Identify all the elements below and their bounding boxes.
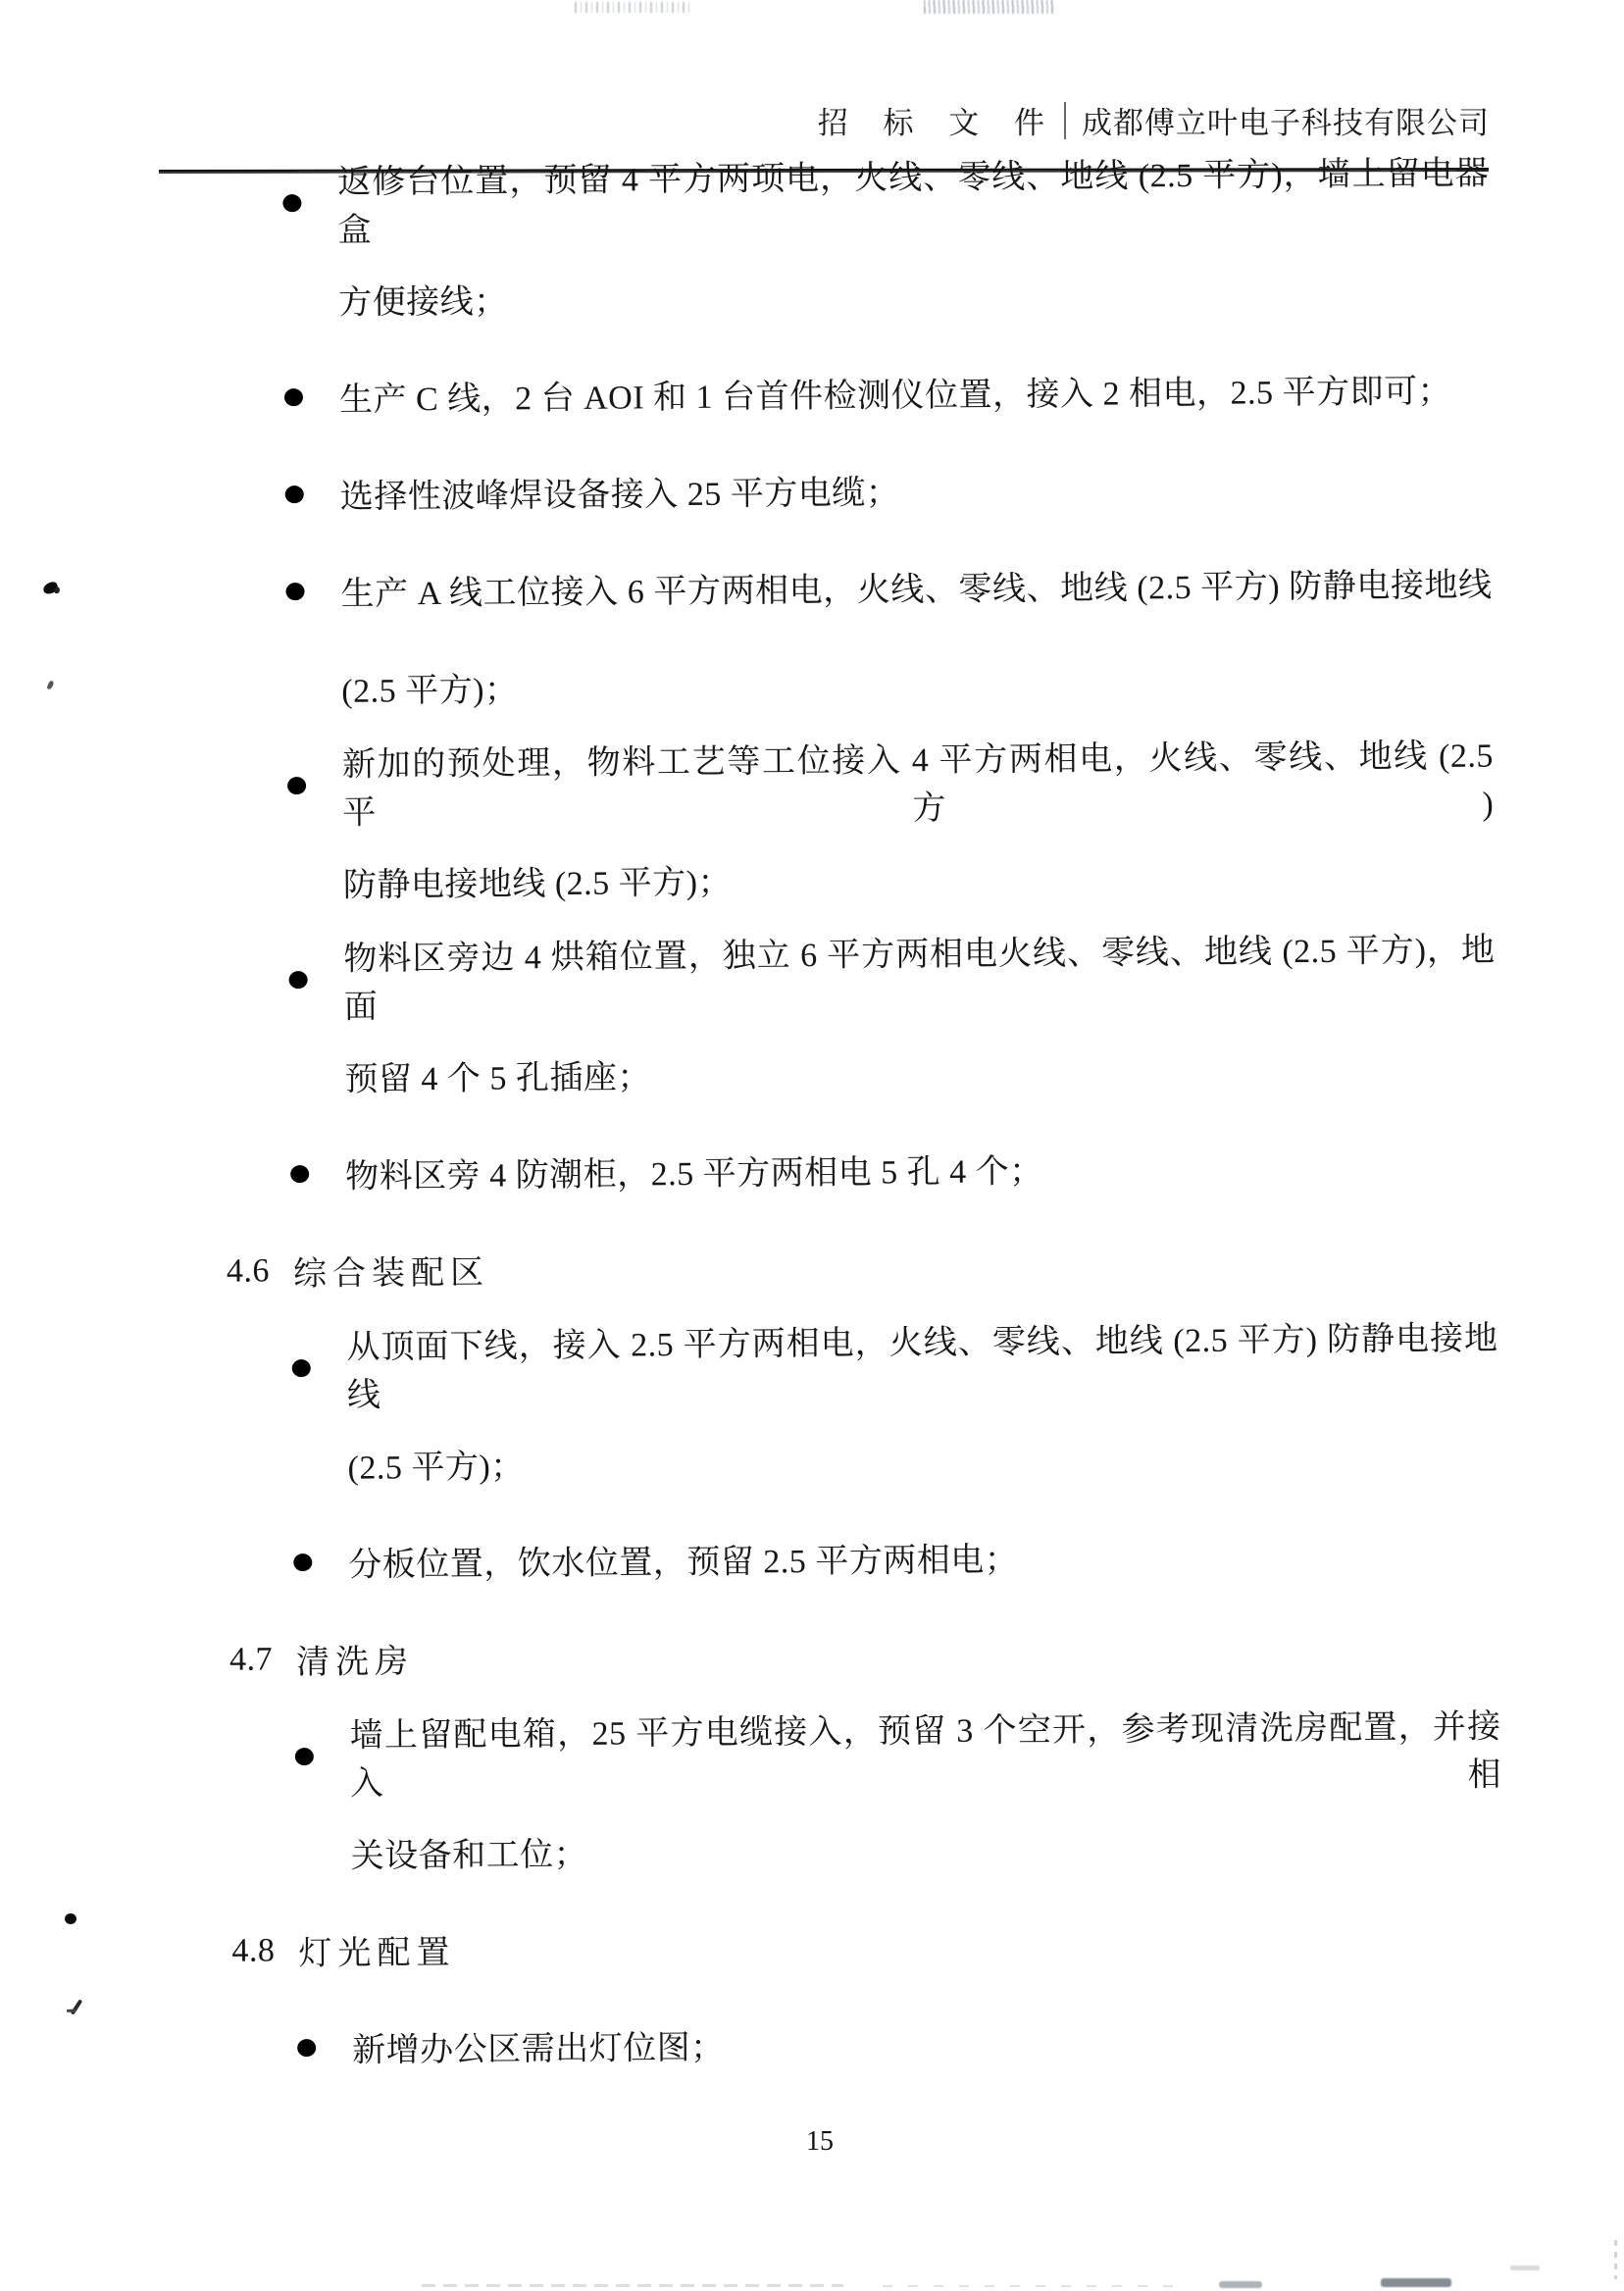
section-title: 灯光配置 (298, 1925, 455, 1974)
header-company-name: 成都傅立叶电子科技有限公司 (1082, 98, 1490, 142)
bullet-text-line: 预留 4 个 5 孔插座； (344, 1049, 651, 1099)
bullet-item: 物料区旁边 4 烘箱位置，独立 6 平方两相电火线、零线、地线 (2.5 平方)… (6, 920, 1624, 1030)
document-body: 返修台位置，预留 4 平方两项电，火线、零线、地线 (2.5 平方)，墙上留电器… (0, 143, 1624, 2098)
bullet-item: 墙上留配电箱，25 平方电缆接入，预留 3 个空开，参考现清洗房配置，并接入相 (12, 1697, 1624, 1807)
bullet-text-line: 方便接线； (338, 274, 508, 323)
section-number: 4.6 (227, 1252, 270, 1290)
page-number: 15 (0, 2126, 1624, 2158)
bullet-dot-icon (292, 1359, 311, 1377)
bullet-dot-icon (293, 1553, 312, 1571)
bullet-dot-icon (285, 583, 304, 600)
scan-smudge (924, 0, 1055, 14)
section-number: 4.7 (229, 1641, 273, 1678)
ink-speck (65, 1913, 76, 1924)
bullet-dot-icon (287, 777, 306, 794)
header-doc-type: 招 标 文 件 (818, 98, 1058, 142)
bullet-item: 选择性波峰焊设备接入 25 平方电缆； (2, 434, 1624, 544)
scan-smudge (1510, 2266, 1540, 2270)
scan-smudge (1614, 2240, 1617, 2279)
bullet-text-line: 关设备和工位； (350, 1827, 587, 1877)
bullet-item-continuation: 关设备和工位； (13, 1794, 1624, 1904)
section-heading: 4.6综合装配区 (9, 1211, 1624, 1321)
section-title: 综合装配区 (293, 1246, 489, 1296)
bullet-dot-icon (282, 194, 301, 212)
bullet-text-line: (2.5 平方)； (347, 1439, 525, 1488)
bullet-item: 从顶面下线，接入 2.5 平方两相电，火线、零线、地线 (2.5 平方) 防静电… (9, 1308, 1624, 1418)
bullet-item: 生产 C 线，2 台 AOI 和 1 台首件检测仪位置，接入 2 相电，2.5 … (2, 337, 1624, 447)
bullet-text-line: 从顶面下线，接入 2.5 平方两相电，火线、零线、地线 (2.5 平方) 防静电… (346, 1310, 1498, 1415)
bullet-dot-icon (289, 971, 308, 989)
bullet-item-continuation: (2.5 平方)； (4, 629, 1624, 738)
bullet-item: 新加的预处理，物料工艺等工位接入 4 平方两相电，火线、零线、地线 (2.5 平… (5, 726, 1624, 836)
scan-band (883, 2285, 1177, 2287)
bullet-text-line: (2.5 平方)； (341, 662, 519, 711)
bullet-item: 返修台位置，预留 4 平方两项电，火线、零线、地线 (2.5 平方)，墙上留电器… (0, 143, 1624, 253)
bullet-item-continuation: 防静电接地线 (2.5 平方)； (5, 823, 1624, 933)
bullet-item: 新增办公区需出灯位图； (15, 1988, 1624, 2098)
bullet-dot-icon (290, 1165, 309, 1183)
scan-smudge (1219, 2281, 1262, 2288)
bullet-text-line: 返修台位置，预留 4 平方两项电，火线、零线、地线 (2.5 平方)，墙上留电器… (337, 145, 1490, 250)
bullet-dot-icon (297, 2039, 316, 2057)
bullet-item: 分板位置，饮水位置，预留 2.5 平方两相电； (11, 1502, 1624, 1612)
bullet-text-line: 墙上留配电箱，25 平方电缆接入，预留 3 个空开，参考现清洗房配置，并接入相 (349, 1699, 1501, 1804)
bullet-dot-icon (284, 388, 303, 406)
scan-smudge (575, 2, 690, 13)
bullet-dot-icon (285, 485, 304, 503)
bullet-item-continuation: (2.5 平方)； (10, 1405, 1624, 1515)
bullet-text-line: 新加的预处理，物料工艺等工位接入 4 平方两相电，火线、零线、地线 (2.5 平… (342, 728, 1495, 833)
bullet-dot-icon (295, 1748, 314, 1765)
scan-band (422, 2284, 843, 2287)
bullet-text-line: 选择性波峰焊设备接入 25 平方电缆； (340, 465, 900, 517)
bullet-text-line: 生产 A 线工位接入 6 平方两相电，火线、零线、地线 (2.5 平方) 防静电… (340, 558, 1492, 615)
document-page: 招 标 文 件 成都傅立叶电子科技有限公司 返修台位置，预留 4 平方两项电，火… (0, 0, 1624, 2291)
section-heading: 4.8灯光配置 (14, 1891, 1624, 2001)
section-number: 4.8 (231, 1932, 275, 1969)
page-header: 招 标 文 件 成都傅立叶电子科技有限公司 (818, 98, 1490, 142)
bullet-text-line: 生产 C 线，2 台 AOI 和 1 台首件检测仪位置，接入 2 相电，2.5 … (339, 364, 1451, 421)
bullet-item: 生产 A 线工位接入 6 平方两相电，火线、零线、地线 (2.5 平方) 防静电… (3, 532, 1624, 641)
header-separator-bar (1064, 102, 1066, 139)
bullet-text-line: 新增办公区需出灯位图； (352, 2020, 725, 2071)
bullet-item: 物料区旁 4 防潮柜，2.5 平方两相电 5 孔 4 个； (8, 1114, 1624, 1224)
bullet-item-continuation: 预留 4 个 5 孔插座； (7, 1017, 1624, 1127)
bullet-text-line: 物料区旁 4 防潮柜，2.5 平方两相电 5 孔 4 个； (345, 1144, 1043, 1197)
section-title: 清洗房 (296, 1634, 414, 1683)
bullet-item-continuation: 方便接线； (1, 240, 1624, 350)
section-heading: 4.7清洗房 (12, 1600, 1624, 1709)
bullet-text-line: 物料区旁边 4 烘箱位置，独立 6 平方两相电火线、零线、地线 (2.5 平方)… (343, 922, 1496, 1027)
bullet-text-line: 防静电接地线 (2.5 平方)； (343, 855, 733, 906)
bullet-text-line: 分板位置，饮水位置，预留 2.5 平方两相电； (348, 1532, 1018, 1585)
scan-smudge (1381, 2278, 1451, 2287)
